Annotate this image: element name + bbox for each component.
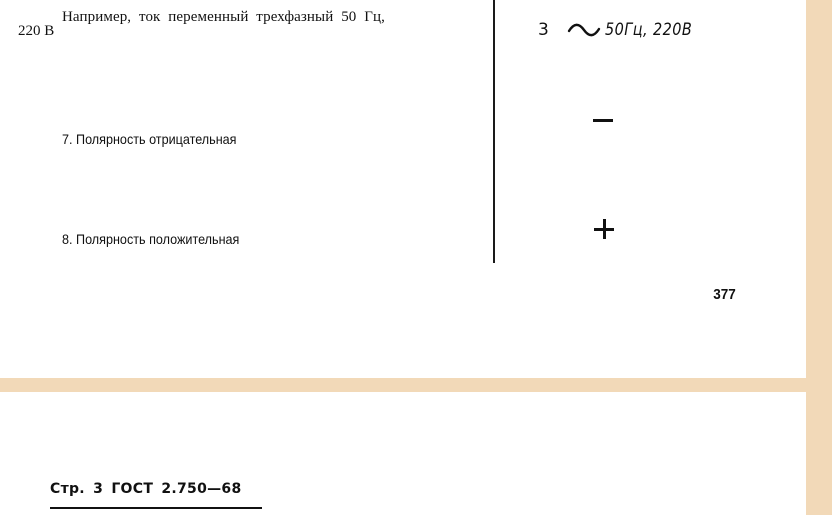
ac-three-phase-symbol: 3 50Гц, 220В [538, 20, 707, 40]
running-head: Стр. 3 ГОСТ 2.750—68 [50, 481, 242, 497]
example-description-line-2: 220 В [18, 24, 478, 38]
positive-polarity-description: 8. Полярность положительная [62, 232, 239, 246]
page-number: 377 [713, 286, 736, 303]
sine-wave-icon [567, 22, 601, 38]
phase-count: 3 [538, 20, 549, 40]
negative-polarity-description: 7. Полярность отрицательная [62, 132, 237, 146]
example-description: Например, ток переменный трехфазный 50 Г… [18, 10, 478, 38]
example-description-line-1: Например, ток переменный трехфазный 50 Г… [18, 10, 478, 24]
table-column-divider [493, 0, 495, 263]
running-head-rule [50, 507, 262, 509]
plus-icon [594, 219, 614, 239]
ac-spec-label: 50Гц, 220В [605, 20, 692, 40]
document-page-top: Например, ток переменный трехфазный 50 Г… [0, 0, 806, 378]
minus-icon [593, 119, 613, 122]
